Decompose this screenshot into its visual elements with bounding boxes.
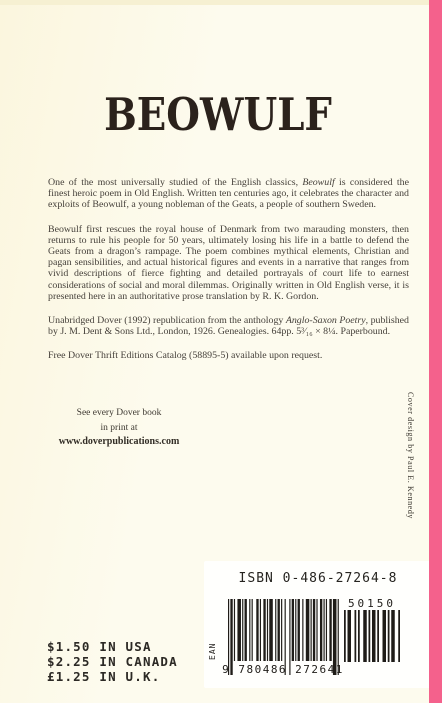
book-back-cover: BEOWULF One of the most universally stud…	[0, 0, 442, 703]
promo-line-1: See every Dover book	[40, 406, 198, 421]
paragraph: Unabridged Dover (1992) republication fr…	[48, 315, 409, 337]
isbn-label: ISBN 0-486-27264-8	[204, 571, 432, 586]
price-line: $2.25 IN CANADA	[47, 655, 178, 670]
supplement-barcode	[344, 610, 400, 662]
cover-design-credit: Cover design by Paul E. Kennedy	[406, 392, 415, 562]
paragraph: Beowulf first rescues the royal house of…	[48, 224, 409, 302]
promo-block: See every Dover book in print at www.dov…	[40, 406, 198, 450]
blurb: One of the most universally studied of t…	[48, 177, 409, 375]
publisher-url: www.doverpublications.com	[40, 435, 198, 450]
top-edge-tint	[0, 0, 442, 5]
paragraph: Free Dover Thrift Editions Catalog (5889…	[48, 350, 409, 361]
pink-spine-stripe	[429, 0, 442, 703]
promo-line-2: in print at	[40, 421, 198, 436]
price-line: $1.50 IN USA	[47, 640, 178, 655]
price-line: £1.25 IN U.K.	[47, 670, 178, 685]
supplement-digits: 50150	[344, 597, 400, 610]
ean-label: EAN	[208, 620, 217, 660]
book-title: BEOWULF	[31, 92, 406, 137]
barcode-digits: 9 780486 272641	[220, 663, 346, 676]
price-list: $1.50 IN USA$2.25 IN CANADA£1.25 IN U.K.	[47, 640, 178, 684]
paragraph: One of the most universally studied of t…	[48, 177, 409, 211]
